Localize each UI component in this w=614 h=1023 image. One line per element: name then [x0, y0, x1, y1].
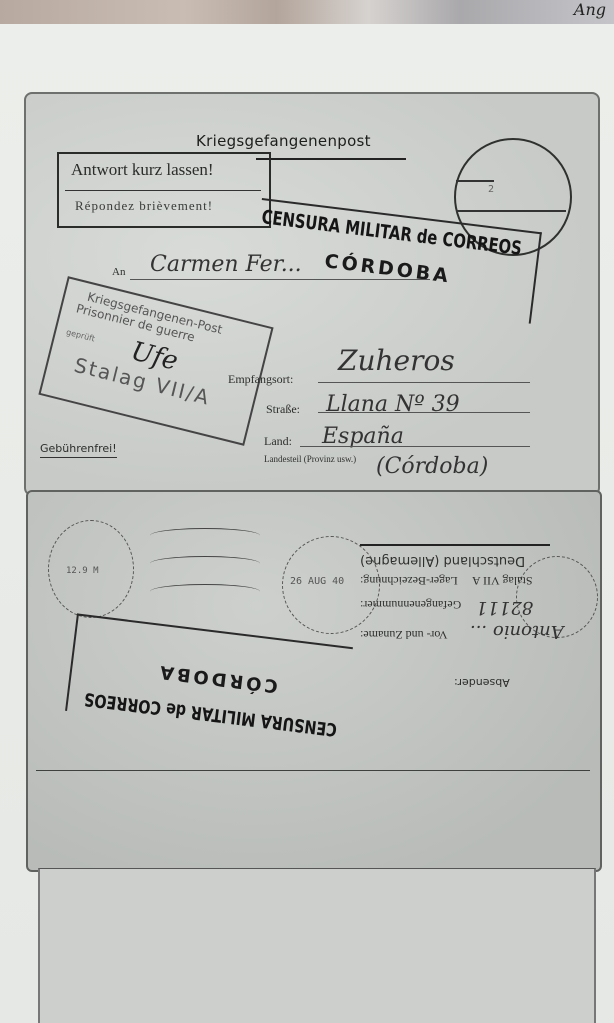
addressee-name: Carmen Fer... — [150, 252, 302, 277]
reply-box-divider — [65, 190, 261, 191]
sender-country: Deutschland (Allemagne) — [360, 553, 525, 568]
field-label-street: Straße: — [266, 402, 300, 417]
field-underline — [318, 412, 530, 413]
censorship-stamp-back-city: CÓRDOBA — [156, 661, 279, 697]
fold-line — [36, 770, 590, 771]
sender-name-label: Vor- und Zuname: — [360, 627, 448, 642]
cancellation-wave — [150, 584, 260, 599]
cancellation-wave — [150, 528, 260, 543]
postcard-title: Kriegsgefangenenpost — [196, 132, 371, 150]
postmark-front-text: 2 — [488, 184, 494, 195]
field-label-province: Landesteil (Provinz usw.) — [264, 454, 356, 464]
country-rule — [360, 544, 550, 546]
sender-name-value: Antonio ... — [470, 621, 564, 642]
cancellation-wave — [150, 556, 260, 571]
backdrop-handwriting: Ang — [574, 0, 606, 19]
reply-instruction-french: Répondez brièvement! — [75, 198, 213, 214]
field-value-province: (Córdoba) — [376, 454, 488, 479]
camp-stamp-checked: geprüft — [65, 328, 96, 344]
censorship-stamp-city: CÓRDOBA — [323, 250, 452, 287]
sender-label: Absender: — [454, 676, 510, 689]
field-underline — [318, 382, 530, 383]
reply-instruction-box: Antwort kurz lassen! Répondez brièvement… — [57, 152, 271, 228]
title-underline — [256, 158, 406, 160]
camp-designation-value: Stalag VII A — [472, 573, 532, 588]
postmark-bar — [456, 180, 494, 182]
field-label-city: Empfangsort: — [228, 372, 293, 387]
postmark-left-text: 12.9 M — [66, 566, 99, 576]
prisoner-number-value: 82111 — [476, 597, 533, 618]
prisoner-number-label: Gefangenennummer: — [360, 597, 461, 612]
field-value-street: Llana Nº 39 — [326, 392, 460, 417]
postage-free-note: Gebührenfrei! — [40, 442, 117, 458]
field-label-country: Land: — [264, 434, 292, 449]
addressee-underline — [130, 279, 430, 280]
postcard-blank-flap — [38, 868, 596, 1023]
reply-instruction-german: Antwort kurz lassen! — [71, 160, 214, 180]
addressee-label: An — [112, 266, 125, 278]
field-value-city: Zuheros — [338, 344, 455, 377]
postmark-date: 26 AUG 40 — [290, 576, 344, 587]
field-underline — [300, 446, 530, 447]
postmark-bar — [456, 210, 566, 212]
camp-designation-label: Lager-Bezeichnung: — [360, 573, 458, 588]
photo-backdrop: Ang — [0, 0, 614, 24]
